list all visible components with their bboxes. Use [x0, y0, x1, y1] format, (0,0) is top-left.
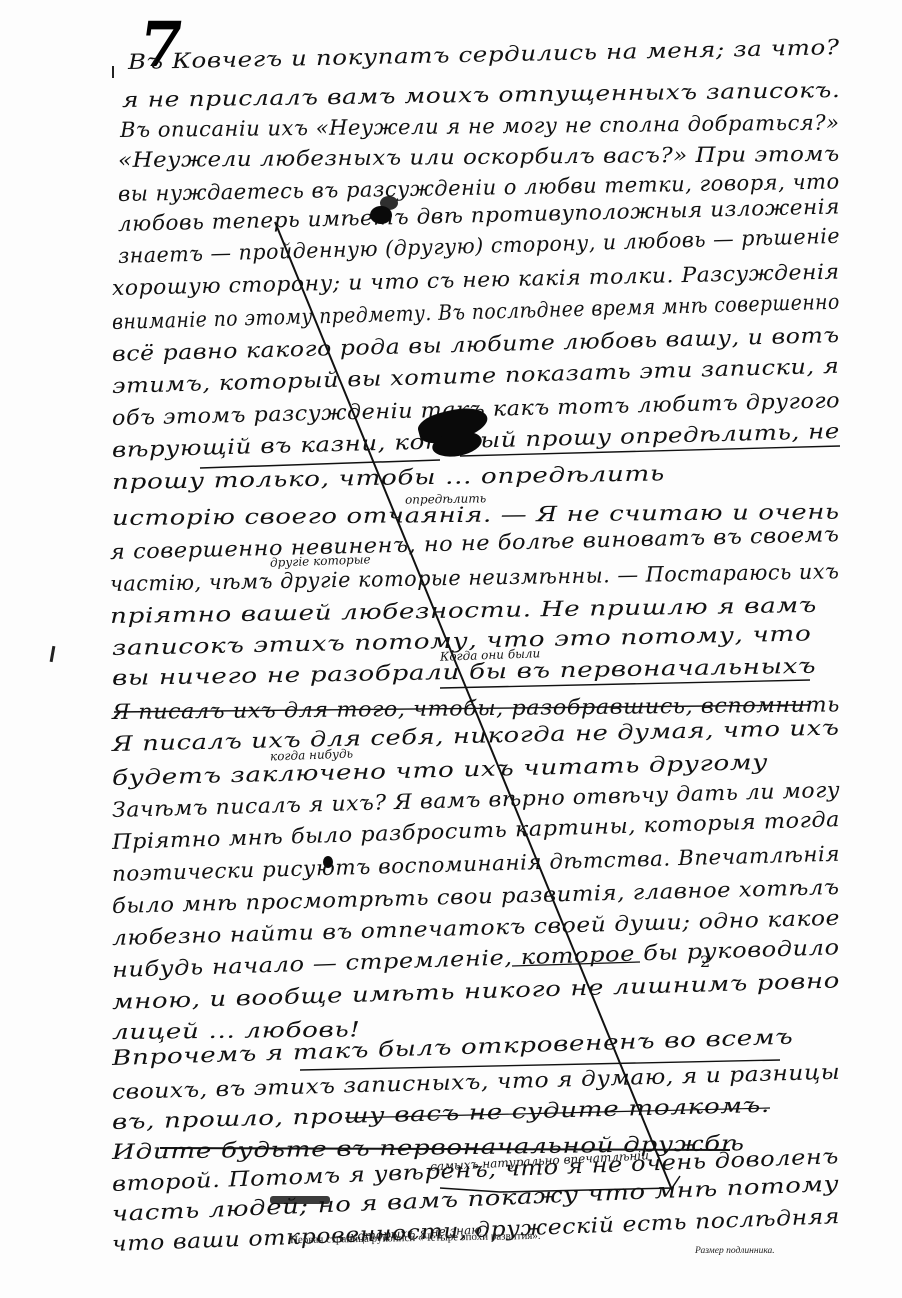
- margin-number: 2: [700, 952, 710, 971]
- cancellation-line: [0, 0, 902, 1298]
- dimension-note: Размер подлинника.: [695, 1246, 775, 1256]
- manuscript-page: 7 Въ Ковчегъ и покупатъ сердились на мен…: [0, 0, 902, 1298]
